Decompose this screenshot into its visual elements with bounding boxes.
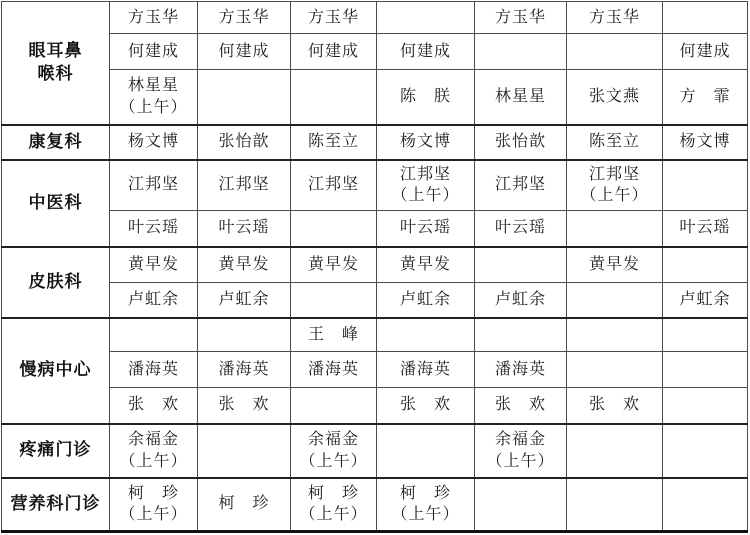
empty-cell [475,478,567,532]
empty-cell [663,478,748,532]
empty-cell [291,70,377,125]
schedule-row: 慢病中心王 峰 [2,318,748,352]
doctor-cell: 叶云瑶 [110,211,198,247]
doctor-cell: 方玉华 [110,2,198,34]
doctor-cell: 柯 珍 （上午） [110,478,198,532]
doctor-cell: 林星星 （上午） [110,70,198,125]
doctor-cell: 陈至立 [567,125,663,160]
schedule-row: 张 欢张 欢张 欢张 欢张 欢 [2,388,748,424]
empty-cell [110,318,198,352]
doctor-cell: 黄早发 [377,247,475,283]
empty-cell [291,388,377,424]
doctor-cell: 杨文博 [663,125,748,160]
doctor-cell: 陈 朕 [377,70,475,125]
doctor-cell: 江邦坚 （上午） [567,160,663,211]
doctor-cell: 张 欢 [110,388,198,424]
doctor-cell: 潘海英 [475,352,567,388]
doctor-cell: 杨文博 [110,125,198,160]
doctor-cell: 潘海英 [291,352,377,388]
empty-cell [475,247,567,283]
doctor-cell: 潘海英 [377,352,475,388]
doctor-cell: 卢虹余 [475,283,567,318]
empty-cell [198,424,291,478]
doctor-cell: 叶云瑶 [475,211,567,247]
empty-cell [567,352,663,388]
schedule-row: 卢虹余卢虹余卢虹余卢虹余卢虹余 [2,283,748,318]
department-cell: 中医科 [2,160,110,247]
schedule-row: 疼痛门诊余福金 （上午）余福金 （上午）余福金 （上午） [2,424,748,478]
doctor-cell: 张 欢 [567,388,663,424]
department-cell: 康复科 [2,125,110,160]
schedule-row: 中医科江邦坚江邦坚江邦坚江邦坚 （上午）江邦坚江邦坚 （上午） [2,160,748,211]
doctor-cell: 张 欢 [198,388,291,424]
doctor-cell: 卢虹余 [663,283,748,318]
empty-cell [198,70,291,125]
doctor-cell: 潘海英 [110,352,198,388]
doctor-cell: 黄早发 [110,247,198,283]
empty-cell [377,424,475,478]
doctor-cell: 卢虹余 [110,283,198,318]
empty-cell [663,160,748,211]
empty-cell [567,478,663,532]
doctor-cell: 卢虹余 [377,283,475,318]
doctor-cell: 方玉华 [291,2,377,34]
doctor-cell: 何建成 [198,34,291,70]
doctor-cell: 张 欢 [377,388,475,424]
doctor-cell: 张文燕 [567,70,663,125]
empty-cell [567,318,663,352]
doctor-cell: 黄早发 [291,247,377,283]
duty-schedule-table: 眼耳鼻 喉科方玉华方玉华方玉华方玉华方玉华何建成何建成何建成何建成何建成林星星 … [1,1,748,533]
doctor-cell: 柯 珍 （上午） [377,478,475,532]
empty-cell [377,2,475,34]
doctor-cell: 卢虹余 [198,283,291,318]
empty-cell [198,318,291,352]
department-cell: 疼痛门诊 [2,424,110,478]
doctor-cell: 王 峰 [291,318,377,352]
doctor-cell: 杨文博 [377,125,475,160]
empty-cell [475,34,567,70]
empty-cell [663,318,748,352]
department-cell: 慢病中心 [2,318,110,424]
doctor-cell: 江邦坚 [110,160,198,211]
empty-cell [663,247,748,283]
empty-cell [663,352,748,388]
doctor-cell: 余福金 （上午） [475,424,567,478]
empty-cell [663,2,748,34]
doctor-cell: 张 欢 [475,388,567,424]
empty-cell [377,318,475,352]
doctor-cell: 张怡歆 [475,125,567,160]
doctor-cell: 江邦坚 [475,160,567,211]
schedule-row: 林星星 （上午）陈 朕林星星张文燕方 霏 [2,70,748,125]
doctor-cell: 柯 珍 （上午） [291,478,377,532]
schedule-row: 皮肤科黄早发黄早发黄早发黄早发黄早发 [2,247,748,283]
schedule-row: 眼耳鼻 喉科方玉华方玉华方玉华方玉华方玉华 [2,2,748,34]
doctor-cell: 方玉华 [475,2,567,34]
empty-cell [291,211,377,247]
department-cell: 眼耳鼻 喉科 [2,2,110,125]
schedule-row: 潘海英潘海英潘海英潘海英潘海英 [2,352,748,388]
department-cell: 营养科门诊 [2,478,110,532]
department-cell: 皮肤科 [2,247,110,318]
doctor-cell: 何建成 [110,34,198,70]
doctor-cell: 余福金 （上午） [291,424,377,478]
empty-cell [567,211,663,247]
doctor-cell: 方玉华 [567,2,663,34]
doctor-cell: 叶云瑶 [663,211,748,247]
doctor-cell: 何建成 [377,34,475,70]
doctor-cell: 叶云瑶 [198,211,291,247]
schedule-row: 营养科门诊柯 珍 （上午）柯 珍柯 珍 （上午）柯 珍 （上午） [2,478,748,532]
empty-cell [663,388,748,424]
doctor-cell: 江邦坚 （上午） [377,160,475,211]
schedule-table-container: 眼耳鼻 喉科方玉华方玉华方玉华方玉华方玉华何建成何建成何建成何建成何建成林星星 … [1,1,748,533]
empty-cell [291,283,377,318]
empty-cell [567,424,663,478]
schedule-row: 叶云瑶叶云瑶叶云瑶叶云瑶叶云瑶 [2,211,748,247]
doctor-cell: 方 霏 [663,70,748,125]
empty-cell [475,318,567,352]
doctor-cell: 方玉华 [198,2,291,34]
empty-cell [663,424,748,478]
doctor-cell: 江邦坚 [291,160,377,211]
doctor-cell: 余福金 （上午） [110,424,198,478]
doctor-cell: 黄早发 [567,247,663,283]
doctor-cell: 陈至立 [291,125,377,160]
doctor-cell: 黄早发 [198,247,291,283]
doctor-cell: 潘海英 [198,352,291,388]
doctor-cell: 林星星 [475,70,567,125]
doctor-cell: 江邦坚 [198,160,291,211]
schedule-row: 康复科杨文博张怡歆陈至立杨文博张怡歆陈至立杨文博 [2,125,748,160]
empty-cell [567,34,663,70]
doctor-cell: 何建成 [291,34,377,70]
doctor-cell: 何建成 [663,34,748,70]
doctor-cell: 张怡歆 [198,125,291,160]
doctor-cell: 叶云瑶 [377,211,475,247]
doctor-cell: 柯 珍 [198,478,291,532]
empty-cell [567,283,663,318]
schedule-row: 何建成何建成何建成何建成何建成 [2,34,748,70]
